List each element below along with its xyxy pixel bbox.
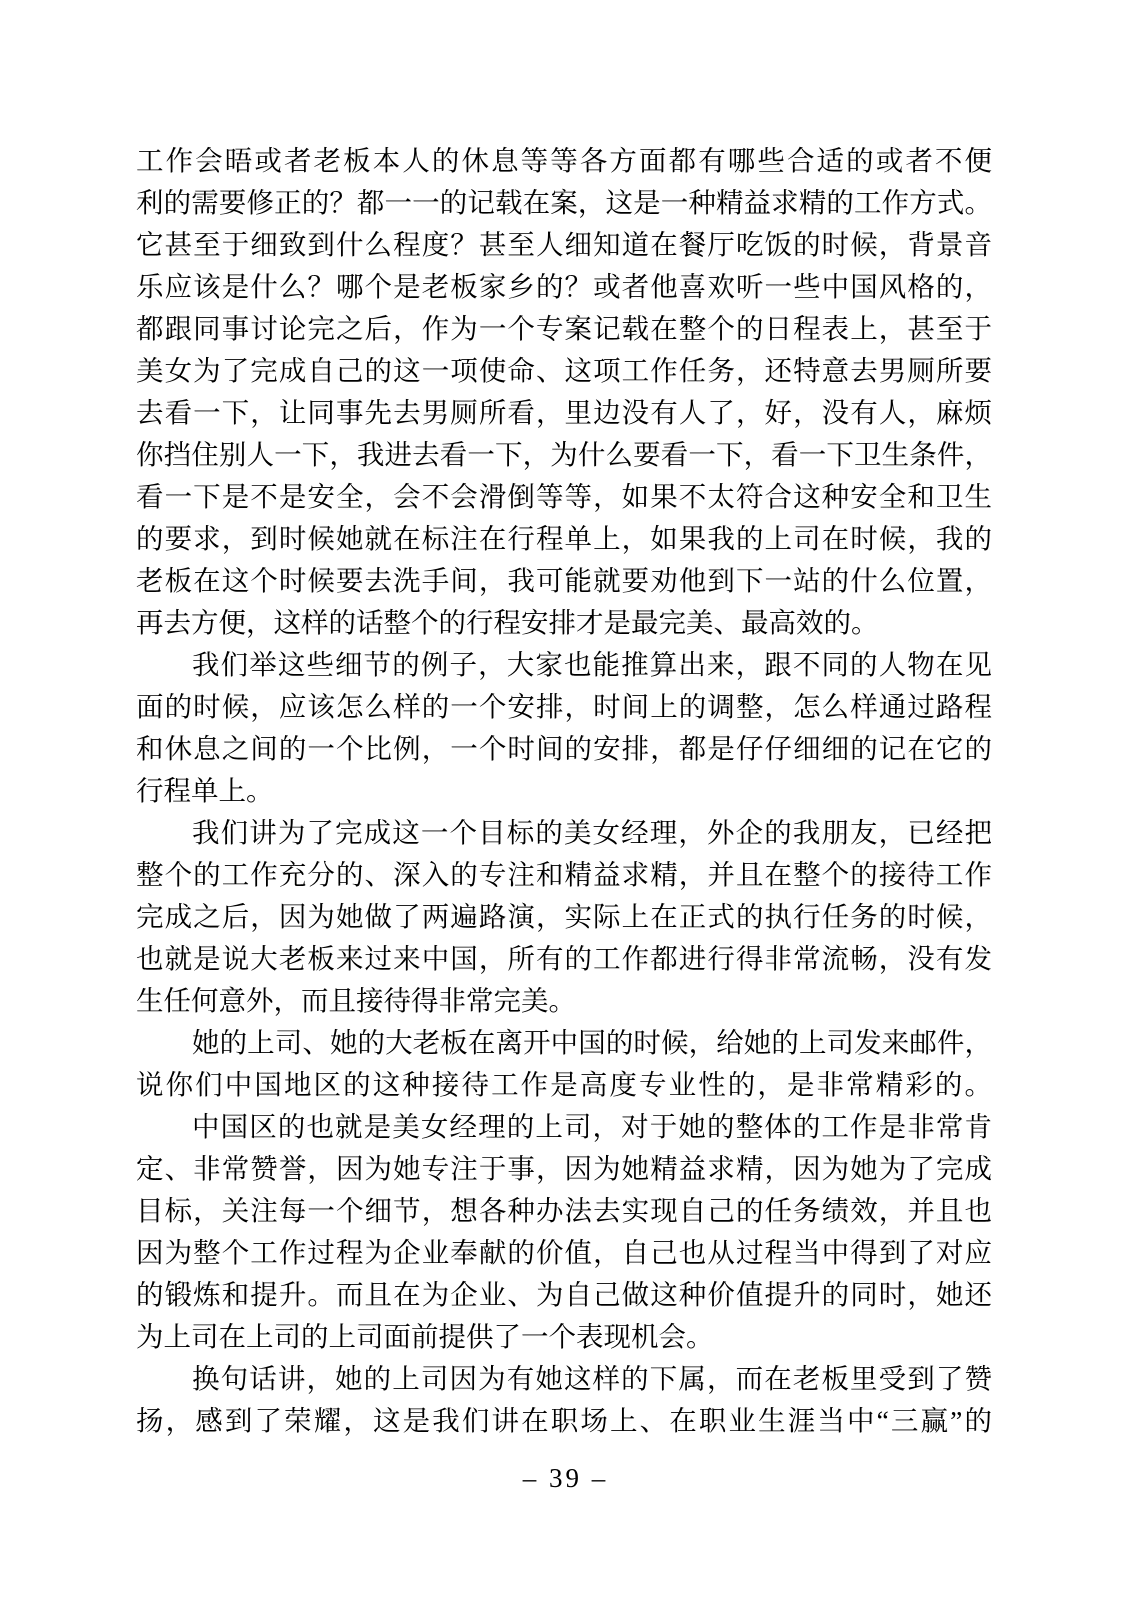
text-line: 行程单上。 bbox=[136, 770, 992, 812]
text-line: 她的上司、她的大老板在离开中国的时候，给她的上司发来邮件， bbox=[136, 1022, 992, 1064]
text-line: 它甚至于细致到什么程度？甚至人细知道在餐厅吃饭的时候，背景音 bbox=[136, 224, 992, 266]
text-line: 我们举这些细节的例子，大家也能推算出来，跟不同的人物在见 bbox=[136, 644, 992, 686]
text-line: 老板在这个时候要去洗手间，我可能就要劝他到下一站的什么位置， bbox=[136, 560, 992, 602]
text-line: 整个的工作充分的、深入的专注和精益求精，并且在整个的接待工作 bbox=[136, 854, 992, 896]
document-page: 工作会晤或者老板本人的休息等等各方面都有哪些合适的或者不便 利的需要修正的？都一… bbox=[0, 0, 1131, 1600]
text-body: 工作会晤或者老板本人的休息等等各方面都有哪些合适的或者不便 利的需要修正的？都一… bbox=[136, 140, 992, 1442]
text-line: 乐应该是什么？哪个是老板家乡的？或者他喜欢听一些中国风格的， bbox=[136, 266, 992, 308]
text-line: 说你们中国地区的这种接待工作是高度专业性的，是非常精彩的。 bbox=[136, 1064, 992, 1106]
text-line: 扬，感到了荣耀，这是我们讲在职场上、在职业生涯当中“三赢”的 bbox=[136, 1400, 992, 1442]
text-line: 换句话讲，她的上司因为有她这样的下属，而在老板里受到了赞 bbox=[136, 1358, 992, 1400]
text-line: 我们讲为了完成这一个目标的美女经理，外企的我朋友，已经把 bbox=[136, 812, 992, 854]
page-number: – 39 – bbox=[0, 1460, 1131, 1496]
text-line: 美女为了完成自己的这一项使命、这项工作任务，还特意去男厕所要 bbox=[136, 350, 992, 392]
text-line: 的锻炼和提升。而且在为企业、为自己做这种价值提升的同时，她还 bbox=[136, 1274, 992, 1316]
text-line: 定、非常赞誉，因为她专注于事，因为她精益求精，因为她为了完成 bbox=[136, 1148, 992, 1190]
text-line: 生任何意外，而且接待得非常完美。 bbox=[136, 980, 992, 1022]
text-line: 完成之后，因为她做了两遍路演，实际上在正式的执行任务的时候， bbox=[136, 896, 992, 938]
text-line: 中国区的也就是美女经理的上司，对于她的整体的工作是非常肯 bbox=[136, 1106, 992, 1148]
text-line: 去看一下，让同事先去男厕所看，里边没有人了，好，没有人，麻烦 bbox=[136, 392, 992, 434]
text-line: 也就是说大老板来过来中国，所有的工作都进行得非常流畅，没有发 bbox=[136, 938, 992, 980]
text-line: 工作会晤或者老板本人的休息等等各方面都有哪些合适的或者不便 bbox=[136, 140, 992, 182]
text-line: 看一下是不是安全，会不会滑倒等等，如果不太符合这种安全和卫生 bbox=[136, 476, 992, 518]
text-line: 因为整个工作过程为企业奉献的价值，自己也从过程当中得到了对应 bbox=[136, 1232, 992, 1274]
text-line: 利的需要修正的？都一一的记载在案，这是一种精益求精的工作方式。 bbox=[136, 182, 992, 224]
text-line: 目标，关注每一个细节，想各种办法去实现自己的任务绩效，并且也 bbox=[136, 1190, 992, 1232]
text-line: 都跟同事讨论完之后，作为一个专案记载在整个的日程表上，甚至于 bbox=[136, 308, 992, 350]
text-line: 再去方便，这样的话整个的行程安排才是最完美、最高效的。 bbox=[136, 602, 992, 644]
text-line: 为上司在上司的上司面前提供了一个表现机会。 bbox=[136, 1316, 992, 1358]
text-line: 面的时候，应该怎么样的一个安排，时间上的调整，怎么样通过路程 bbox=[136, 686, 992, 728]
text-line: 你挡住别人一下，我进去看一下，为什么要看一下，看一下卫生条件， bbox=[136, 434, 992, 476]
text-line: 的要求，到时候她就在标注在行程单上，如果我的上司在时候，我的 bbox=[136, 518, 992, 560]
text-line: 和休息之间的一个比例，一个时间的安排，都是仔仔细细的记在它的 bbox=[136, 728, 992, 770]
